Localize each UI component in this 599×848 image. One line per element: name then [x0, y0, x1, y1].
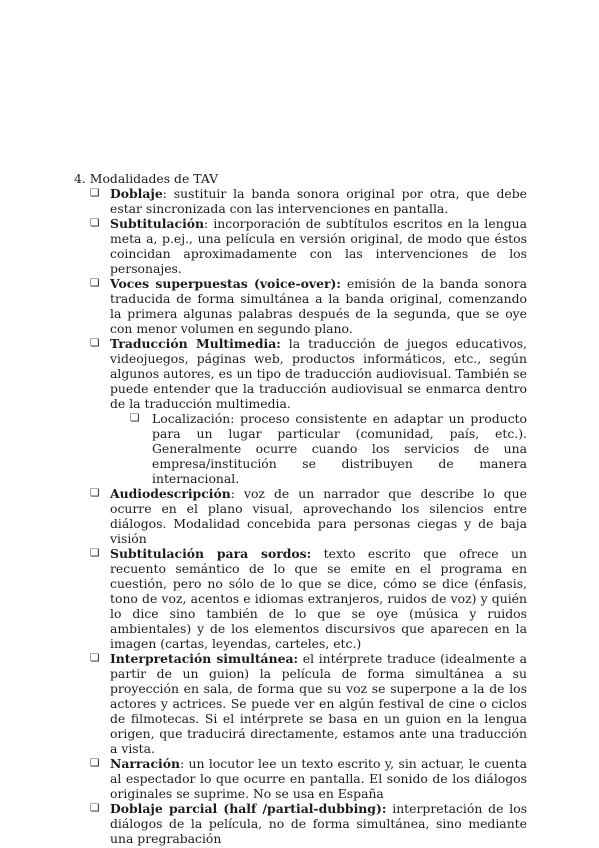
list-item-localizacion: ❑Localización: proceso consistente en ad…: [152, 411, 527, 486]
list-item-doblaje-parcial: ❑Doblaje parcial (half /partial-dubbing)…: [110, 801, 527, 846]
list-item-traduccion-multimedia: ❑Traducción Multimedia: la traducción de…: [110, 336, 527, 411]
list-item-audiodescripcion: ❑Audiodescripción: voz de un narrador qu…: [110, 486, 527, 546]
list-item-doblaje: ❑Doblaje: sustituir la banda sonora orig…: [110, 186, 527, 216]
checkbox-bullet-icon: ❑: [90, 756, 99, 771]
checkbox-bullet-icon: ❑: [90, 336, 99, 351]
term-doblaje: Doblaje: [110, 186, 163, 201]
term-narracion: Narración: [110, 756, 180, 771]
list-item-interpretacion-simultanea: ❑Interpretación simultánea: el intérpret…: [110, 651, 527, 756]
checkbox-bullet-icon: ❑: [90, 186, 99, 201]
checkbox-bullet-icon: ❑: [90, 801, 99, 816]
term-audiodescripcion: Audiodescripción: [110, 486, 231, 501]
checkbox-bullet-icon: ❑: [90, 216, 99, 231]
checkbox-bullet-icon: ❑: [130, 411, 139, 426]
term-interpretacion-simultanea: Interpretación simultánea:: [110, 651, 298, 666]
definition-text: : sustituir la banda sonora original por…: [110, 186, 527, 216]
list-item-voces-superpuestas: ❑Voces superpuestas (voice-over): emisió…: [110, 276, 527, 336]
checkbox-bullet-icon: ❑: [90, 486, 99, 501]
definition-text: Localización: proceso consistente en ada…: [152, 411, 527, 486]
definition-text: el intérprete traduce (idealmente a part…: [110, 651, 527, 756]
term-voces-superpuestas: Voces superpuestas (voice-over):: [110, 276, 341, 291]
term-subtitulacion: Subtitulación: [110, 216, 204, 231]
document-page: 4. Modalidades de TAV ❑Doblaje: sustitui…: [0, 0, 599, 848]
list-item-narracion: ❑Narración: un locutor lee un texto escr…: [110, 756, 527, 801]
checkbox-bullet-icon: ❑: [90, 546, 99, 561]
checkbox-bullet-icon: ❑: [90, 651, 99, 666]
term-subtitulacion-sordos: Subtitulación para sordos:: [110, 546, 311, 561]
term-doblaje-parcial: Doblaje parcial (half /partial-dubbing):: [110, 801, 386, 816]
list-item-subtitulacion: ❑Subtitulación: incorporación de subtítu…: [110, 216, 527, 276]
section-heading: 4. Modalidades de TAV: [74, 171, 527, 186]
checkbox-bullet-icon: ❑: [90, 276, 99, 291]
term-traduccion-multimedia: Traducción Multimedia:: [110, 336, 281, 351]
definition-text: texto escrito que ofrece un recuento sem…: [110, 546, 527, 651]
list-item-subtitulacion-sordos: ❑Subtitulación para sordos: texto escrit…: [110, 546, 527, 651]
